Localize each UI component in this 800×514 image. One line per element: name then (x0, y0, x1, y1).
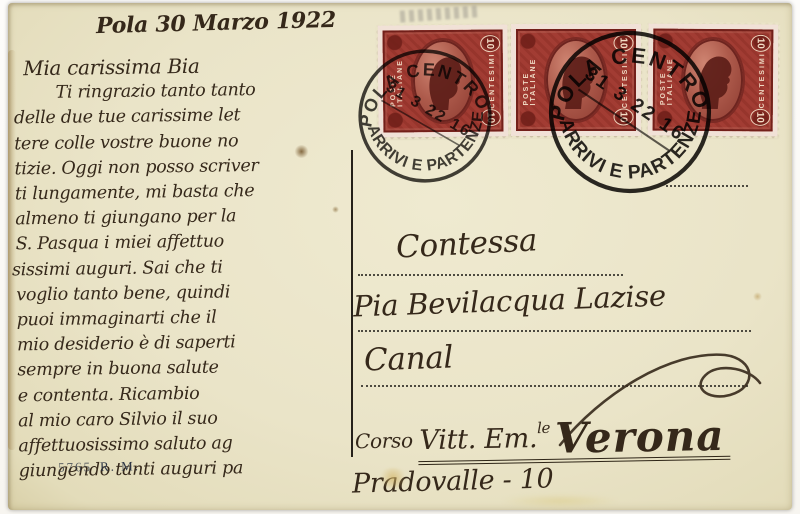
imprint-number: 5765 (58, 459, 92, 475)
stamp-country-label: POSTE ITALIANE (523, 55, 537, 106)
age-spot (294, 145, 309, 158)
perforation-edge (775, 24, 781, 136)
age-spot (378, 468, 408, 488)
postmark: · POLA CENTRO · ARRIVI E PARTENZE 31 3 2… (347, 38, 503, 194)
age-spot (500, 494, 620, 508)
stamp-value-badge: 10 (751, 35, 771, 52)
perforation-edge (509, 24, 514, 136)
address-recipient-title: Contessa (395, 222, 538, 265)
handwritten-message: Mia carissima Bia Ti ringrazio tanto tan… (9, 52, 363, 485)
stamp-currency-label: CENTESIMI (759, 52, 766, 108)
perforation-edge (511, 22, 641, 27)
address-street-prefix: Corso (355, 428, 413, 453)
pen-flourish (540, 325, 780, 455)
age-spot (753, 292, 762, 301)
age-spot (332, 206, 339, 213)
stamp-value-badge: 10 (750, 109, 770, 126)
postcard-scan: Pola 30 Marzo 1922 Mia carissima Bia Ti … (0, 0, 800, 514)
postmark-bottom-text: ARRIVI E PARTENZE (554, 107, 711, 189)
imprint-initials: R. M. (100, 458, 140, 474)
address-street-name: Vitt. Em. (419, 423, 537, 456)
svg-text:ARRIVI E PARTENZE: ARRIVI E PARTENZE (554, 107, 711, 189)
address-recipient-surname: Canal (363, 339, 453, 378)
publisher-imprint: 5765R. M. (58, 458, 140, 475)
perforation-edge (377, 22, 507, 28)
address-rule (358, 274, 623, 276)
postmark: · POLA CENTRO · ARRIVI E PARTENZE 31 3 2… (540, 22, 719, 201)
